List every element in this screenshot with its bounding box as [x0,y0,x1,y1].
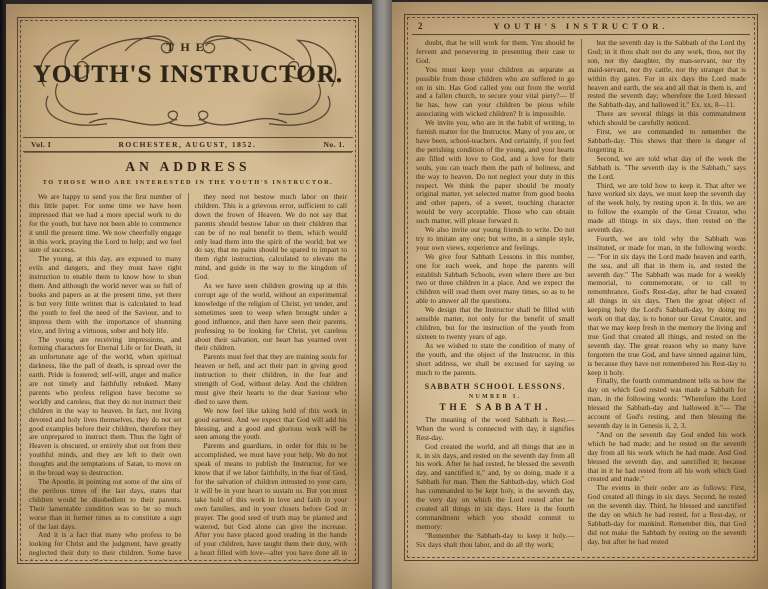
dateline: Vol. I ROCHESTER, AUGUST, 1852. No. 1. [23,137,353,152]
paragraph: "Remember the Sabbath-day to keep it hol… [416,532,575,550]
paragraph: The young are receiving impressions, and… [29,336,182,479]
left-page-border-frame: THE YOUTH'S INSTRUCTOR. Vol. I ROCHESTER… [17,17,359,564]
paragraph: We invite you, who are in the habit of w… [416,119,575,226]
paragraph: And it is a fact that many who profess t… [29,531,182,561]
paragraph: "And on the seventh day God ended his wo… [588,431,747,484]
volume-label: Vol. I [31,140,51,149]
right-page-column-1: doubt, that he will work for them. You s… [410,39,581,551]
paragraph: Parents must feel that they are training… [195,353,348,406]
paragraph: God created the world, and all things th… [416,443,575,532]
left-page-columns: We are happy to send you the first numbe… [23,193,353,561]
article-subtitle: TO THOSE WHO ARE INTERESTED IN THE YOUTH… [21,179,355,189]
running-header: 2 YOUTH'S INSTRUCTOR. [412,19,750,35]
lesson-series-title: SABBATH SCHOOL LESSONS. [416,382,575,391]
running-title: YOUTH'S INSTRUCTOR. [412,21,750,31]
paragraph: We give four Sabbath Lessons in this num… [416,253,575,306]
paragraph: You must keep your children as separate … [416,66,575,119]
left-page-column-1: We are happy to send you the first numbe… [23,193,188,561]
lesson-title: THE SABBATH. [416,403,575,413]
paragraph: Parents and guardians, in order for this… [195,442,348,561]
article-title: AN ADDRESS [21,159,355,175]
paragraph: Second, we are told what day of the week… [588,155,747,182]
left-page: THE YOUTH'S INSTRUCTOR. Vol. I ROCHESTER… [6,4,372,589]
right-page: 2 YOUTH'S INSTRUCTOR. doubt, that he wil… [392,2,768,589]
paragraph: doubt, that he will work for them. You s… [416,39,575,66]
paragraph: We also invite our young friends to writ… [416,226,575,253]
paragraph: Fourth, we are told why the Sabbath was … [588,235,747,378]
paragraph: We now feel like taking hold of this wor… [195,407,348,443]
paragraph: Third, we are told how to keep it. That … [588,182,747,235]
lesson-heading-block: SABBATH SCHOOL LESSONS. NUMBER I. THE SA… [416,382,575,413]
paragraph: The young, at this day, are exposed to m… [29,255,182,335]
page-spine-gap [372,0,392,589]
right-page-columns: doubt, that he will work for them. You s… [410,39,752,551]
paragraph: Finally, the fourth commandment tells us… [588,377,747,430]
paragraph: The meaning of the word Sabbath is Rest.… [416,416,575,443]
place-date-label: ROCHESTER, AUGUST, 1852. [118,140,256,149]
paragraph: The events in their order are as follows… [588,484,747,546]
paragraph: We are happy to send you the first numbe… [29,193,182,255]
paragraph: they need not bestow much labor on their… [195,193,348,282]
address-heading-block: AN ADDRESS TO THOSE WHO ARE INTERESTED I… [21,159,355,189]
right-page-border-frame: 2 YOUTH'S INSTRUCTOR. doubt, that he wil… [404,14,758,561]
paragraph: First, we are commanded to remember the … [588,128,747,155]
lesson-number: NUMBER I. [416,394,575,400]
paragraph: The Apostle, in pointing out some of the… [29,478,182,531]
paragraph: We design that the Instructor shall be f… [416,306,575,342]
paragraph: but the seventh day is the Sabbath of th… [588,39,747,110]
right-page-column-2: but the seventh day is the Sabbath of th… [581,39,753,551]
masthead: THE YOUTH'S INSTRUCTOR. [27,23,349,137]
issue-number-label: No. 1. [323,140,345,149]
masthead-the: THE [27,40,349,55]
paragraph: There are several things in this command… [588,110,747,128]
masthead-title: YOUTH'S INSTRUCTOR. [27,61,349,89]
paragraph: As we wished to state the condition of m… [416,342,575,378]
paragraph: As we have seen children growing up at t… [195,282,348,353]
left-page-column-2: they need not bestow much labor on their… [188,193,354,561]
